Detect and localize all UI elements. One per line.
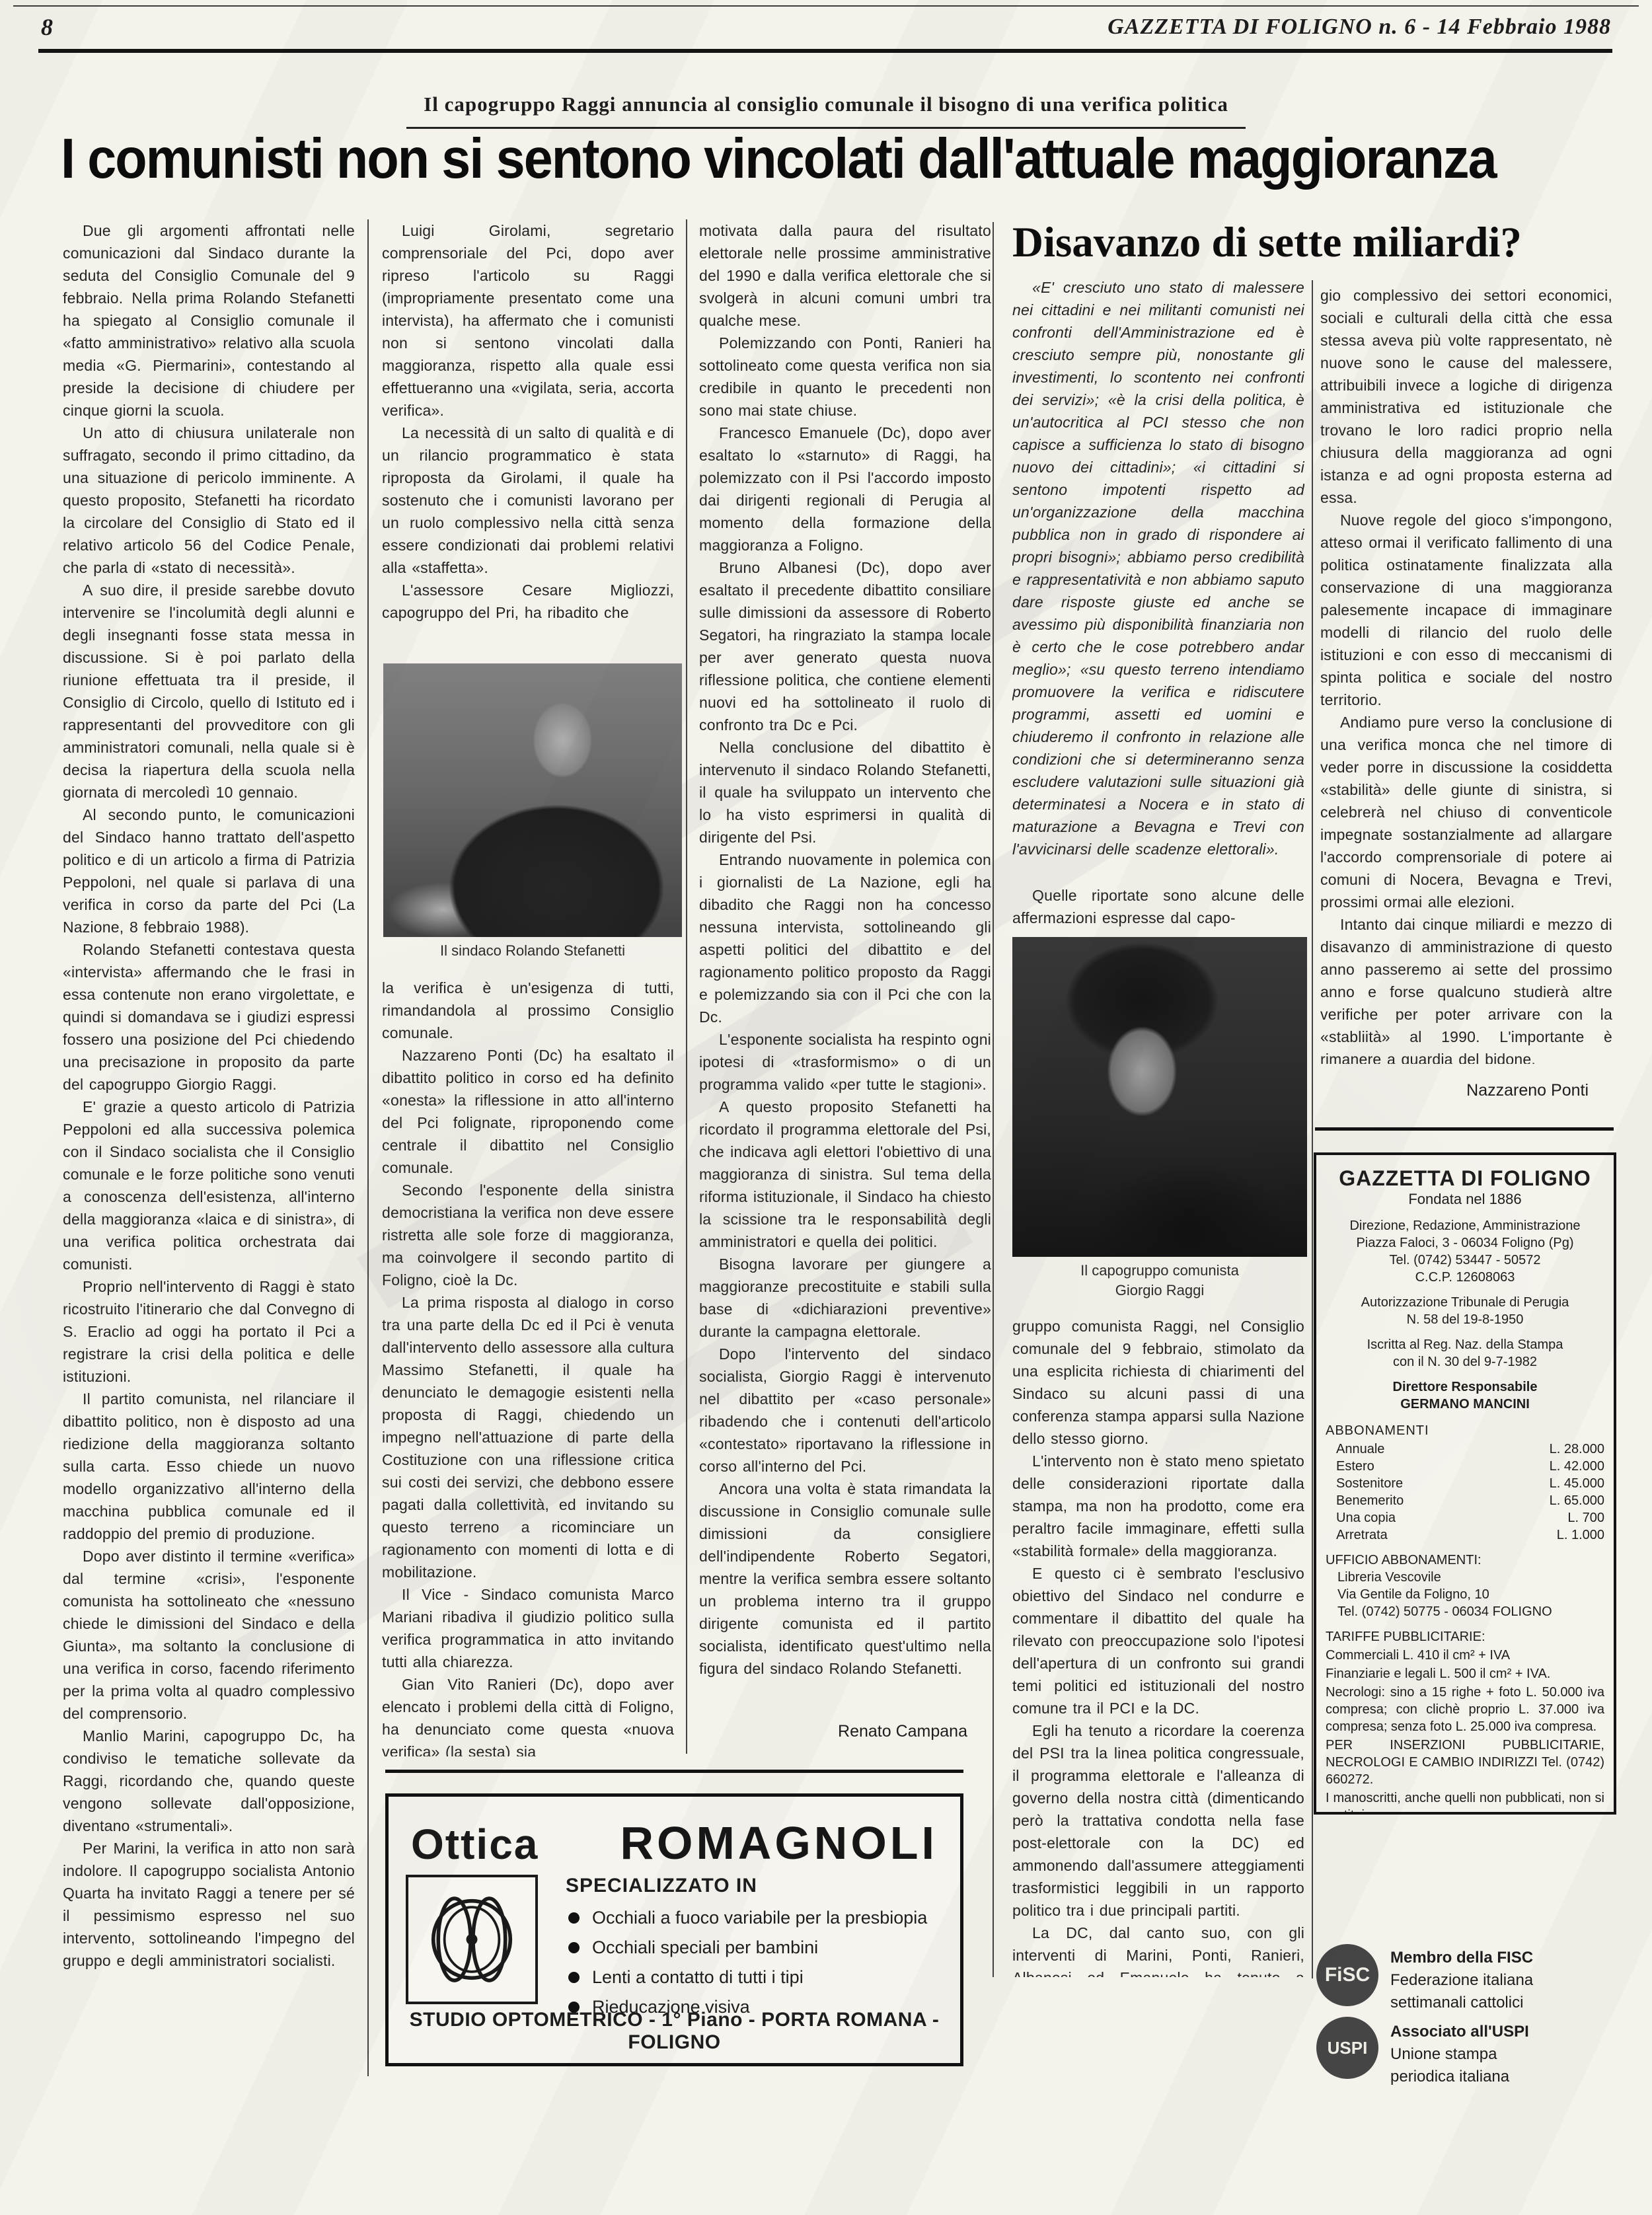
subscriptions-title: ABBONAMENTI — [1326, 1422, 1604, 1439]
article-paragraph: Proprio nell'intervento di Raggi è stato… — [63, 1275, 355, 1388]
uspi-logo-icon: USPI — [1316, 2017, 1378, 2079]
article-paragraph: Quelle riportate sono alcune delle affer… — [1012, 884, 1304, 929]
article-column-2-top: Luigi Girolami, segretario comprensorial… — [382, 219, 674, 661]
infobox-paragraph: TARIFFE PUBBLICITARIE: — [1326, 1628, 1604, 1645]
director-label: Direttore Responsabile — [1326, 1378, 1604, 1396]
lens-icon — [406, 1875, 538, 2004]
photo-capogruppo-giorgio-raggi — [1012, 937, 1307, 1257]
second-headline: Disavanzo di sette miliardi? — [1012, 218, 1615, 268]
article-paragraph: L'esponente socialista ha respinto ogni … — [699, 1028, 991, 1096]
article-paragraph: Il partito comunista, nel rilanciare il … — [63, 1388, 355, 1545]
article-paragraph: gruppo comunista Raggi, nel Consiglio co… — [1012, 1315, 1304, 1450]
subscription-row: ArretrataL. 1.000 — [1326, 1526, 1604, 1544]
infobox-paragraph: PER INSERZIONI PUBBLICITARIE, NECROLOGI … — [1326, 1737, 1604, 1788]
infobox-line: Libreria Vescovile — [1326, 1569, 1604, 1586]
infobox-registry: Iscritta al Reg. Naz. della Stampacon il… — [1326, 1336, 1604, 1370]
subscription-label: Estero — [1336, 1458, 1374, 1475]
subscription-office: UFFICIO ABBONAMENTI:Libreria VescovileVi… — [1326, 1552, 1604, 1620]
photo2-caption-line2: Giorgio Raggi — [1012, 1281, 1307, 1300]
subscription-label: Sostenitore — [1336, 1475, 1403, 1492]
ad-footer: STUDIO OPTOMETRICO - 1° Piano - PORTA RO… — [389, 2009, 960, 2054]
ottica-romagnoli-ad: Ottica ROMAGNOLI SPECIALIZZATO IN Occhia… — [385, 1793, 963, 2066]
infobox-line: Autorizzazione Tribunale di Perugia — [1326, 1294, 1604, 1311]
article-paragraph: Due gli argomenti affrontati nelle comun… — [63, 219, 355, 422]
subscription-price: L. 700 — [1567, 1509, 1604, 1526]
infobox-line: Via Gentile da Foligno, 10 — [1326, 1586, 1604, 1603]
subscription-price: L. 1.000 — [1557, 1526, 1604, 1544]
subscription-row: BenemeritoL. 65.000 — [1326, 1492, 1604, 1509]
photo2-caption-line1: Il capogruppo comunista — [1012, 1261, 1307, 1281]
article-column-4-quote: «E' cresciuto uno stato di malessere nei… — [1012, 276, 1304, 883]
infobox-line: Tel. (0742) 50775 - 06034 FOLIGNO — [1326, 1603, 1604, 1620]
article-paragraph: Polemizzando con Ponti, Ranieri ha sotto… — [699, 332, 991, 422]
article-paragraph: La DC, dal canto suo, con gli interventi… — [1012, 1922, 1304, 1977]
infobox-top-rule — [1315, 1127, 1614, 1131]
article-paragraph: Bisogna lavorare per giungere a maggiora… — [699, 1253, 991, 1343]
article-paragraph: A questo proposito Stefanetti ha ricorda… — [699, 1096, 991, 1253]
article-paragraph: Dopo l'intervento del sindaco socialista… — [699, 1343, 991, 1478]
ad-subtitle: SPECIALIZZATO IN — [566, 1875, 757, 1897]
subscription-price: L. 65.000 — [1550, 1492, 1604, 1509]
article-paragraph: gio complessivo dei settori economici, s… — [1320, 284, 1612, 509]
article-column-2-bottom: la verifica è un'esigenza di tutti, rima… — [382, 977, 674, 1756]
infobox-paragraph: Necrologi: sino a 15 righe + foto L. 50.… — [1326, 1684, 1604, 1735]
article-paragraph: Intanto dai cinque miliardi e mezzo di d… — [1320, 913, 1612, 1064]
article-paragraph: E questo ci è sembrato l'esclusivo obiet… — [1012, 1562, 1304, 1719]
article-paragraph: Bruno Albanesi (Dc), dopo aver esaltato … — [699, 556, 991, 736]
article-column-3: motivata dalla paura del risultato elett… — [699, 219, 991, 1718]
subscription-row: SostenitoreL. 45.000 — [1326, 1475, 1604, 1492]
page-number: 8 — [41, 13, 53, 41]
fisc-logo-text: FiSC — [1325, 1964, 1370, 1986]
infobox-line: UFFICIO ABBONAMENTI: — [1326, 1552, 1604, 1569]
infobox-title: GAZZETTA DI FOLIGNO — [1326, 1170, 1604, 1187]
article-paragraph: Dopo aver distinto il termine «verifica»… — [63, 1545, 355, 1725]
article-paragraph: La prima risposta al dialogo in corso tr… — [382, 1291, 674, 1583]
infobox-authorization: Autorizzazione Tribunale di PerugiaN. 58… — [1326, 1294, 1604, 1328]
infobox-paragraph: Finanziarie e legali L. 500 il cm² + IVA… — [1326, 1665, 1604, 1682]
article-paragraph: E' grazie a questo articolo di Patrizia … — [63, 1096, 355, 1275]
ad-top-rule — [385, 1770, 963, 1773]
article-paragraph: Rolando Stefanetti contestava questa «in… — [63, 938, 355, 1096]
infobox-director: Direttore Responsabile GERMANO MANCINI — [1326, 1378, 1604, 1413]
fisc-membership-text: Membro della FISCFederazione italianaset… — [1390, 1947, 1622, 2014]
column-divider — [367, 219, 369, 2076]
infobox-line: con il N. 30 del 9-7-1982 — [1326, 1353, 1604, 1370]
second-article-byline: Nazzareno Ponti — [1320, 1081, 1612, 1100]
advertising-tariffs: TARIFFE PUBBLICITARIE:Commerciali L. 410… — [1326, 1628, 1604, 1815]
uspi-logo-text: USPI — [1328, 2038, 1368, 2058]
subscription-price: L. 28.000 — [1550, 1441, 1604, 1458]
article-paragraph: Andiamo pure verso la conclusione di una… — [1320, 711, 1612, 913]
article-paragraph: Ancora una volta è stata rimandata la di… — [699, 1478, 991, 1680]
infobox-line: Direzione, Redazione, Amministrazione — [1326, 1217, 1604, 1234]
infobox-line: N. 58 del 19-8-1950 — [1326, 1311, 1604, 1328]
article-column-4-bottom: gruppo comunista Raggi, nel Consiglio co… — [1012, 1315, 1304, 1977]
article-column-5: gio complessivo dei settori economici, s… — [1320, 284, 1612, 1064]
subscription-row: AnnualeL. 28.000 — [1326, 1441, 1604, 1458]
subscriptions-table: AnnualeL. 28.000EsteroL. 42.000Sostenito… — [1326, 1441, 1604, 1544]
article-paragraph: Egli ha tenuto a ricordare la coerenza d… — [1012, 1719, 1304, 1922]
quote-paragraph: «E' cresciuto uno stato di malessere nei… — [1012, 276, 1304, 860]
ad-bullet-item: Lenti a contatto di tutti i tipi — [566, 1967, 949, 1987]
article-paragraph: Nuove regole del gioco s'impongono, atte… — [1320, 509, 1612, 711]
article-column-1: Due gli argomenti affrontati nelle comun… — [63, 219, 355, 2030]
kicker: Il capogruppo Raggi annuncia al consigli… — [406, 93, 1246, 129]
subscription-label: Annuale — [1336, 1441, 1384, 1458]
article-paragraph: Il Vice - Sindaco comunista Marco Marian… — [382, 1583, 674, 1673]
column-divider — [993, 222, 994, 1977]
infobox-line: Tel. (0742) 53447 - 50572 — [1326, 1252, 1604, 1269]
article-paragraph: L'intervento non è stato meno spietato d… — [1012, 1450, 1304, 1562]
subscription-price: L. 42.000 — [1550, 1458, 1604, 1475]
ad-brand-second: ROMAGNOLI — [620, 1817, 938, 1869]
masthead-info-box: GAZZETTA DI FOLIGNO Fondata nel 1886 Dir… — [1314, 1152, 1616, 1815]
subscription-label: Arretrata — [1336, 1526, 1388, 1544]
membership-line: Federazione italiana — [1390, 1969, 1622, 1992]
article-paragraph: Secondo l'esponente della sinistra democ… — [382, 1179, 674, 1291]
director-name: GERMANO MANCINI — [1326, 1396, 1604, 1413]
masthead-dateline: GAZZETTA DI FOLIGNO n. 6 - 14 Febbraio 1… — [661, 15, 1611, 40]
article-paragraph: Per Marini, la verifica in atto non sarà… — [63, 1837, 355, 1972]
subscription-label: Una copia — [1336, 1509, 1396, 1526]
article-paragraph: motivata dalla paura del risultato elett… — [699, 219, 991, 332]
subscription-label: Benemerito — [1336, 1492, 1404, 1509]
infobox-founded: Fondata nel 1886 — [1326, 1191, 1604, 1208]
photo-sindaco-rolando-stefanetti — [383, 663, 682, 937]
article-paragraph: Francesco Emanuele (Dc), dopo aver esalt… — [699, 422, 991, 556]
ad-bullet-item: Occhiali speciali per bambini — [566, 1937, 949, 1957]
membership-line: settimanali cattolici — [1390, 1992, 1622, 2014]
article-paragraph: L'assessore Cesare Migliozzi, capogruppo… — [382, 579, 674, 624]
article-paragraph: la verifica è un'esigenza di tutti, rima… — [382, 977, 674, 1044]
header-rule — [38, 49, 1612, 53]
article-paragraph: Al secondo punto, le comunicazioni del S… — [63, 804, 355, 938]
infobox-paragraph: I manoscritti, anche quelli non pubblica… — [1326, 1789, 1604, 1815]
article-paragraph: Manlio Marini, capogruppo Dc, ha condivi… — [63, 1725, 355, 1837]
subscription-row: EsteroL. 42.000 — [1326, 1458, 1604, 1475]
membership-line: Associato all'USPI — [1390, 2021, 1622, 2043]
membership-line: periodica italiana — [1390, 2066, 1622, 2088]
infobox-line: C.C.P. 12608063 — [1326, 1269, 1604, 1286]
article-paragraph: La necessità di un salto di qualità e di… — [382, 422, 674, 579]
infobox-line: Piazza Faloci, 3 - 06034 Foligno (Pg) — [1326, 1234, 1604, 1252]
infobox-address: Direzione, Redazione, AmministrazionePia… — [1326, 1217, 1604, 1286]
column-divider — [1312, 280, 1313, 1978]
photo2-caption: Il capogruppo comunista Giorgio Raggi — [1012, 1261, 1307, 1300]
photo1-caption: Il sindaco Rolando Stefanetti — [383, 941, 682, 961]
membership-line: Membro della FISC — [1390, 1947, 1622, 1969]
article-paragraph: Gian Vito Ranieri (Dc), dopo aver elenca… — [382, 1673, 674, 1756]
article-paragraph: Entrando nuovamente in polemica con i gi… — [699, 848, 991, 1028]
uspi-membership-text: Associato all'USPIUnione stampaperiodica… — [1390, 2021, 1622, 2088]
article-paragraph: A suo dire, il preside sarebbe dovuto in… — [63, 579, 355, 804]
article-paragraph: Un atto di chiusura unilaterale non suff… — [63, 422, 355, 579]
infobox-paragraph: Commerciali L. 410 il cm² + IVA — [1326, 1647, 1604, 1664]
page-top-rule — [13, 5, 1639, 7]
infobox-line: Iscritta al Reg. Naz. della Stampa — [1326, 1336, 1604, 1353]
article-paragraph: Nella conclusione del dibattito è interv… — [699, 736, 991, 848]
membership-line: Unione stampa — [1390, 2043, 1622, 2066]
newspaper-page: 8 GAZZETTA DI FOLIGNO n. 6 - 14 Febbraio… — [0, 0, 1652, 2215]
column-divider — [686, 219, 687, 1754]
main-article-byline: Renato Campana — [699, 1722, 991, 1741]
article-paragraph: Luigi Girolami, segretario comprensorial… — [382, 219, 674, 422]
article-paragraph: Nazzareno Ponti (Dc) ha esaltato il diba… — [382, 1044, 674, 1179]
subscription-price: L. 45.000 — [1550, 1475, 1604, 1492]
fisc-logo-icon: FiSC — [1316, 1944, 1378, 2006]
main-headline: I comunisti non si sentono vincolati dal… — [61, 127, 1614, 192]
quote-outro: Quelle riportate sono alcune delle affer… — [1012, 884, 1304, 933]
ad-brand-first: Ottica — [411, 1820, 539, 1869]
subscription-row: Una copiaL. 700 — [1326, 1509, 1604, 1526]
ad-bullet-item: Occhiali a fuoco variabile per la presbi… — [566, 1908, 949, 1928]
